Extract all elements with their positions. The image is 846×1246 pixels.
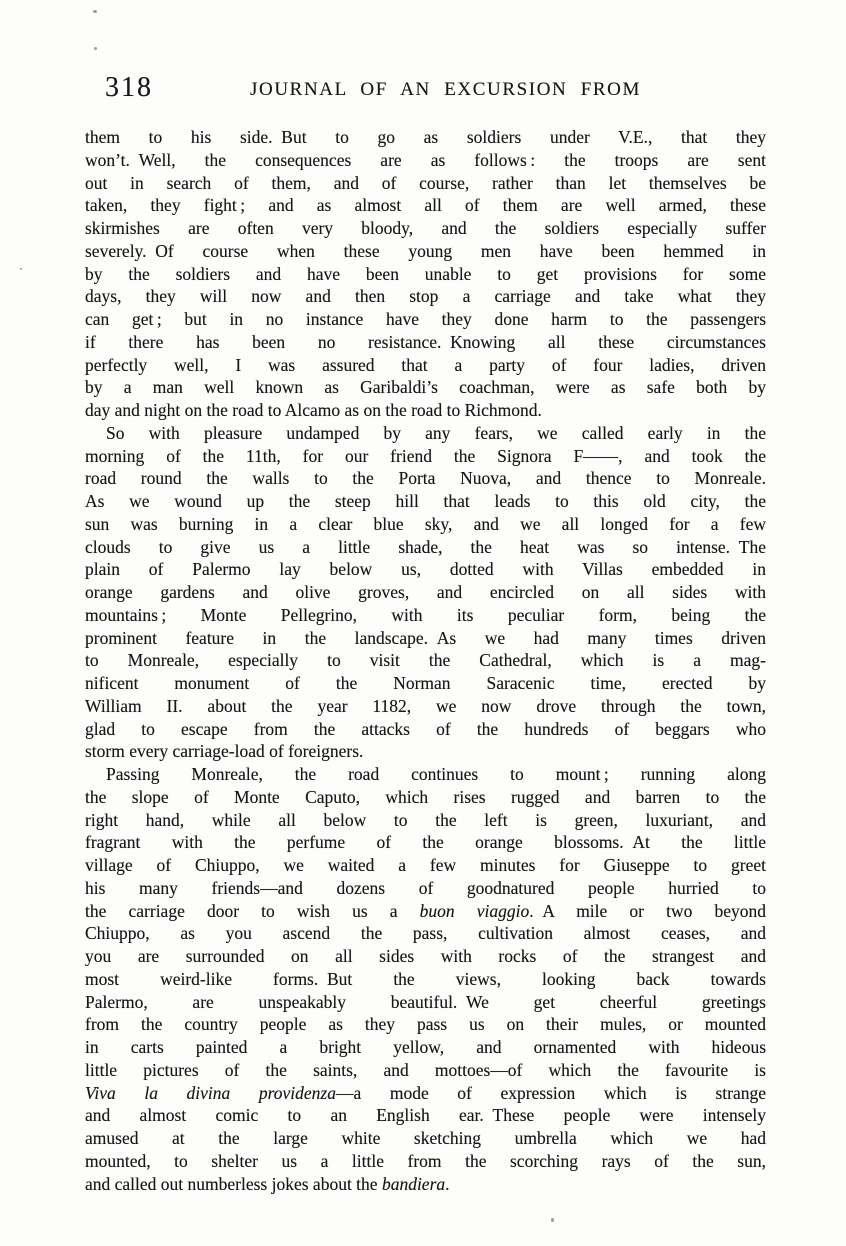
text-line: the slope of Monte Caputo, which rises r… [85,786,766,809]
text-segment: storm every carriage-load of foreigners. [85,741,363,761]
text-line: most weird-like forms. But the views, lo… [85,968,766,991]
text-line: severely. Of course when these young men… [85,240,766,263]
text-segment: glad to escape from the attacks of the h… [85,719,766,739]
text-segment: nificent monument of the Norman Saraceni… [85,673,766,693]
text-line: William II. about the year 1182, we now … [85,695,766,718]
running-title: JOURNAL OF AN EXCURSION FROM [125,79,766,101]
text-line: right hand, while all below to the left … [85,809,766,832]
text-segment: prominent feature in the landscape. As w… [85,628,766,648]
text-line: by the soldiers and have been unable to … [85,263,766,286]
scan-speck [93,10,97,13]
text-line: skirmishes are often very bloody, and th… [85,217,766,240]
italic-phrase: buon viaggio [420,901,530,921]
text-line: them to his side. But to go as soldiers … [85,126,766,149]
paragraph: Passing Monreale, the road continues to … [85,763,766,1195]
text-line: you are surrounded on all sides with roc… [85,945,766,968]
text-line: in carts painted a bright yellow, and or… [85,1036,766,1059]
text-line: sun was burning in a clear blue sky, and… [85,513,766,536]
text-line: perfectly well, I was assured that a par… [85,354,766,377]
italic-phrase: Viva la divina providenza [85,1083,336,1103]
text-segment: and almost comic to an English ear. Thes… [85,1105,766,1125]
text-segment: So with pleasure undamped by any fears, … [106,423,766,443]
text-segment: if there has been no resistance. Knowing… [85,332,766,352]
text-segment: them to his side. But to go as soldiers … [85,127,766,147]
text-segment: to Monreale, especially to visit the Cat… [85,650,766,670]
text-segment: fragrant with the perfume of the orange … [85,832,766,852]
page-header: 318 JOURNAL OF AN EXCURSION FROM [85,72,766,106]
text-line: village of Chiuppo, we waited a few minu… [85,854,766,877]
text-segment: —a mode of expression which is strange [336,1083,766,1103]
text-segment: you are surrounded on all sides with roc… [85,946,766,966]
text-line: storm every carriage-load of foreigners. [85,740,766,763]
paragraph: So with pleasure undamped by any fears, … [85,422,766,763]
text-line: Chiuppo, as you ascend the pass, cultiva… [85,922,766,945]
text-segment: day and night on the road to Alcamo as o… [85,400,542,420]
text-segment: his many friends—and dozens of goodnatur… [85,878,766,898]
text-line: taken, they fight ; and as almost all of… [85,194,766,217]
text-segment: Passing Monreale, the road continues to … [106,764,766,784]
text-line: the carriage door to wish us a buon viag… [85,900,766,923]
text-segment: amused at the large white sketching umbr… [85,1128,766,1148]
text-segment: plain of Palermo lay below us, dotted wi… [85,559,766,579]
text-segment: right hand, while all below to the left … [85,810,766,830]
text-segment: taken, they fight ; and as almost all of… [85,195,766,215]
scan-speck [551,1218,554,1222]
text-line: Palermo, are unspeakably beautiful. We g… [85,991,766,1014]
text-line: amused at the large white sketching umbr… [85,1127,766,1150]
text-segment: out in search of them, and of course, ra… [85,173,766,193]
text-segment: can get ; but in no instance have they d… [85,309,766,329]
text-line: and called out numberless jokes about th… [85,1173,766,1196]
book-page: 318 JOURNAL OF AN EXCURSION FROM them to… [0,0,846,1246]
text-line: glad to escape from the attacks of the h… [85,718,766,741]
text-line: by a man well known as Garibaldi’s coach… [85,376,766,399]
text-segment: the carriage door to wish us a [85,901,420,921]
scan-speck [20,268,22,270]
text-line: Passing Monreale, the road continues to … [85,763,766,786]
text-segment: little pictures of the saints, and motto… [85,1060,766,1080]
text-line: if there has been no resistance. Knowing… [85,331,766,354]
text-segment: morning of the 11th, for our friend the … [85,446,766,466]
text-line: clouds to give us a little shade, the he… [85,536,766,559]
text-segment: As we wound up the steep hill that leads… [85,491,766,511]
text-line: can get ; but in no instance have they d… [85,308,766,331]
text-segment: the slope of Monte Caputo, which rises r… [85,787,766,807]
paragraph: them to his side. But to go as soldiers … [85,126,766,422]
text-line: to Monreale, especially to visit the Cat… [85,649,766,672]
italic-phrase: bandiera [382,1174,445,1194]
text-line: and almost comic to an English ear. Thes… [85,1104,766,1127]
text-segment: by the soldiers and have been unable to … [85,264,766,284]
text-line: days, they will now and then stop a carr… [85,285,766,308]
text-segment: sun was burning in a clear blue sky, and… [85,514,766,534]
text-line: won’t. Well, the consequences are as fol… [85,149,766,172]
text-segment: perfectly well, I was assured that a par… [85,355,766,375]
text-line: So with pleasure undamped by any fears, … [85,422,766,445]
text-line: from the country people as they pass us … [85,1013,766,1036]
text-segment: William II. about the year 1182, we now … [85,696,766,716]
text-segment: and called out numberless jokes about th… [85,1174,382,1194]
text-line: little pictures of the saints, and motto… [85,1059,766,1082]
text-segment: most weird-like forms. But the views, lo… [85,969,766,989]
text-line: day and night on the road to Alcamo as o… [85,399,766,422]
text-segment: skirmishes are often very bloody, and th… [85,218,766,238]
text-line: orange gardens and olive groves, and enc… [85,581,766,604]
text-segment: by a man well known as Garibaldi’s coach… [85,377,766,397]
body-text: them to his side. But to go as soldiers … [85,126,766,1195]
text-segment: . [445,1174,449,1194]
text-segment: won’t. Well, the consequences are as fol… [85,150,766,170]
text-segment: . A mile or two beyond [529,901,766,921]
scan-speck [94,47,97,50]
text-segment: orange gardens and olive groves, and enc… [85,582,766,602]
text-segment: mounted, to shelter us a little from the… [85,1151,766,1171]
text-line: fragrant with the perfume of the orange … [85,831,766,854]
text-segment: village of Chiuppo, we waited a few minu… [85,855,766,875]
text-line: mounted, to shelter us a little from the… [85,1150,766,1173]
text-line: road round the walls to the Porta Nuova,… [85,467,766,490]
text-line: As we wound up the steep hill that leads… [85,490,766,513]
text-segment: clouds to give us a little shade, the he… [85,537,766,557]
text-line: prominent feature in the landscape. As w… [85,627,766,650]
text-segment: in carts painted a bright yellow, and or… [85,1037,766,1057]
text-line: mountains ; Monte Pellegrino, with its p… [85,604,766,627]
text-segment: from the country people as they pass us … [85,1014,766,1034]
text-segment: mountains ; Monte Pellegrino, with its p… [85,605,766,625]
text-segment: road round the walls to the Porta Nuova,… [85,468,766,488]
text-segment: days, they will now and then stop a carr… [85,286,766,306]
text-line: his many friends—and dozens of goodnatur… [85,877,766,900]
text-segment: Chiuppo, as you ascend the pass, cultiva… [85,923,766,943]
text-line: out in search of them, and of course, ra… [85,172,766,195]
text-segment: Palermo, are unspeakably beautiful. We g… [85,992,766,1012]
text-segment: severely. Of course when these young men… [85,241,766,261]
text-line: Viva la divina providenza—a mode of expr… [85,1082,766,1105]
text-line: nificent monument of the Norman Saraceni… [85,672,766,695]
text-line: morning of the 11th, for our friend the … [85,445,766,468]
text-line: plain of Palermo lay below us, dotted wi… [85,558,766,581]
